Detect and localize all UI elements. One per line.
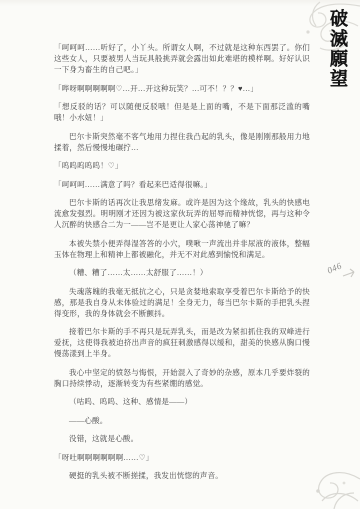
narrative-line: 失魂落魄的我毫无抵抗之心，只是贪婪地索取享受着巴尔卡斯给予的快感，那是我自身从未… <box>54 286 310 319</box>
narrative-line: 本被失禁小便弄得湿答答的小穴，噗啾一声流出并非尿液的液体，整幅玉体在物理上和精神… <box>54 238 310 260</box>
dialogue-line: 「呵呵呵……听好了，小丫头。所谓女人啊，不过就是这种东西罢了。你们这些女人，只要… <box>54 42 310 75</box>
narrative-line: 没错，这就是心酸。 <box>54 433 310 444</box>
thought-line: （咕呜、呜呜、这种、感情是——） <box>54 396 310 407</box>
narrative-line: ——心酸。 <box>54 415 310 426</box>
narrative-line: 巴尔卡斯的话再次让我思绪发麻。或许是因为这个缘故，乳头的快感电流愈发强烈。明明刚… <box>54 197 310 230</box>
narrative-line: 我心中坚定的愤怒与悔恨，开始混入了奇妙的杂感，原本几乎要炸裂的胸口持续悸动，逐渐… <box>54 367 310 389</box>
dialogue-line: 「哔呀啊啊啊啊啊♡…开…开这种玩笑？…可不！？？♥…」 <box>54 83 310 94</box>
dialogue-line: 「呵呵呵……满意了吗？看起来巴适得很嘛。」 <box>54 179 310 190</box>
narrative-line: 接着巴尔卡斯的手不再只是玩弄乳头，而是改为紧扣抓住我的双峰进行爱抚，这使得我被迫… <box>54 326 310 359</box>
thought-line: （糟、糟了……太……太舒服了……！） <box>54 267 310 278</box>
book-title-vertical: 破滅願望 <box>325 9 351 89</box>
dialogue-line: 「呜呜呜呜呜！♡」 <box>54 160 310 171</box>
page-number-arrow-icon <box>342 268 358 280</box>
book-page: 破滅願望 046 「呵呵呵……听好了，小丫头。所谓女人啊，不过就是这种东西罢了。… <box>0 0 360 509</box>
page-number: 046 <box>326 260 344 275</box>
narrative-line: 巴尔卡斯突然毫不客气地用力捏住我凸起的乳头，像是刚刚那般用力地揉着，然后慢慢地碾… <box>54 131 310 153</box>
text-column: 「呵呵呵……听好了，小丫头。所谓女人啊，不过就是这种东西罢了。你们这些女人，只要… <box>54 42 310 489</box>
dialogue-line: 「想反驳的话？可以随便反驳哦！但是是上面的嘴，不是下面那泛滥的嘴哦！小水妞！」 <box>54 101 310 123</box>
narrative-line: 硬挺的乳头被不断搓揉，我发出恍惚的声音。 <box>54 470 310 481</box>
dialogue-line: 「呀吐啊啊啊啊啊啊……♡」 <box>54 452 310 463</box>
